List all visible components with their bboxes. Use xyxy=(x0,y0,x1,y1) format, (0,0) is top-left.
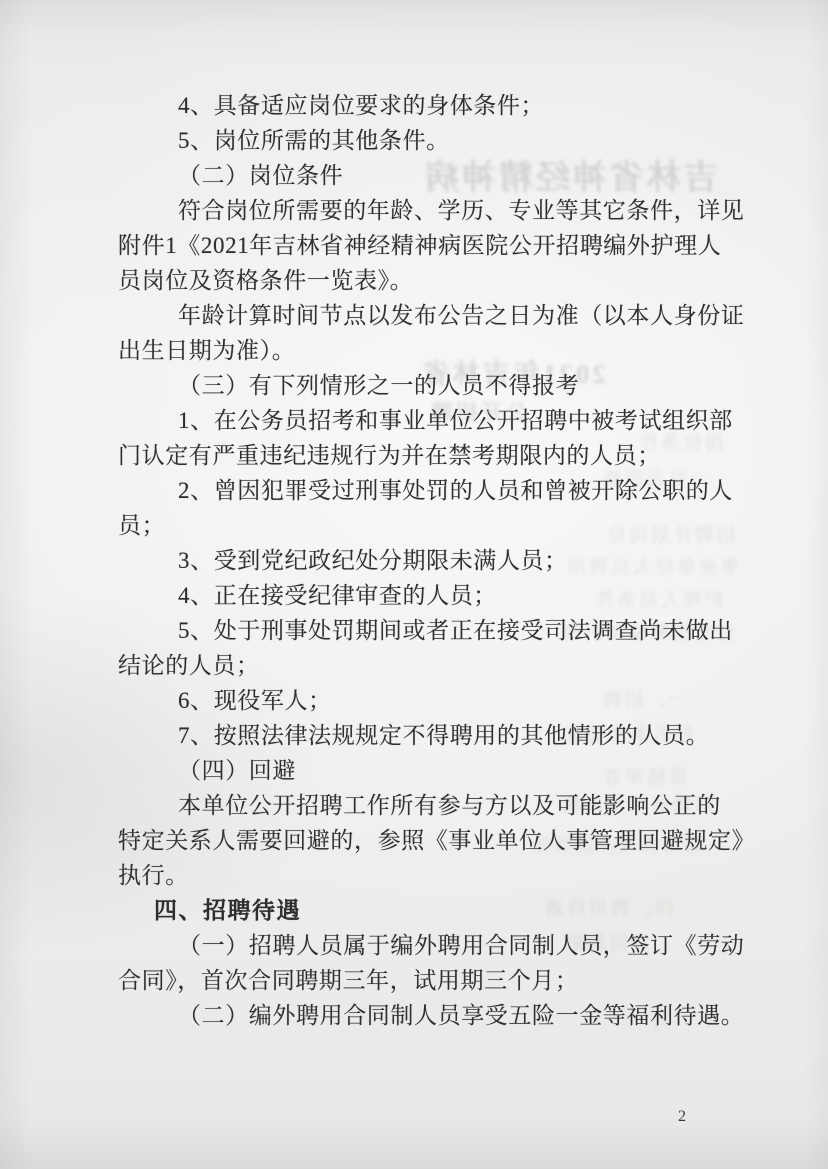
text-line: 特定关系人需要回避的，参照《事业单位人事管理回避规定》 xyxy=(118,823,722,858)
text-line: 本单位公开招聘工作所有参与方以及可能影响公正的 xyxy=(118,788,722,823)
text-line: （二）编外聘用合同制人员享受五险一金等福利待遇。 xyxy=(118,998,722,1033)
text-line: 7、按照法律法规规定不得聘用的其他情形的人员。 xyxy=(118,718,722,753)
text-line: 员岗位及资格条件一览表》。 xyxy=(118,263,722,298)
text-line: 6、现役军人； xyxy=(118,683,722,718)
text-line: 四、招聘待遇 xyxy=(118,893,722,928)
page-number: 2 xyxy=(678,1108,686,1126)
text-line: （四）回避 xyxy=(118,753,722,788)
text-line: 1、在公务员招考和事业单位公开招聘中被考试组织部 xyxy=(118,403,722,438)
text-line: 符合岗位所需要的年龄、学历、专业等其它条件，详见 xyxy=(118,193,722,228)
text-line: 2、曾因犯罪受过刑事处罚的人员和曾被开除公职的人 xyxy=(118,473,722,508)
text-line: （二）岗位条件 xyxy=(118,158,722,193)
text-line: 结论的人员； xyxy=(118,648,722,683)
text-line: 附件1《2021年吉林省神经精神病医院公开招聘编外护理人 xyxy=(118,228,722,263)
text-line: （三）有下列情形之一的人员不得报考 xyxy=(118,368,722,403)
text-line: 出生日期为准）。 xyxy=(118,333,722,368)
text-line: 年龄计算时间节点以发布公告之日为准（以本人身份证 xyxy=(118,298,722,333)
text-line: 4、具备适应岗位要求的身体条件； xyxy=(118,88,722,123)
text-line: 5、岗位所需的其他条件。 xyxy=(118,123,722,158)
text-line: 合同》，首次合同聘期三年，试用期三个月； xyxy=(118,963,722,998)
text-line: 3、受到党纪政纪处分期限未满人员； xyxy=(118,543,722,578)
document-page: 吉林省神经精神病2021年吉林省公开招聘岗位条件一览表资格招聘计划岗位事业单位人… xyxy=(0,0,828,1169)
text-line: （一）招聘人员属于编外聘用合同制人员，签订《劳动 xyxy=(118,928,722,963)
text-line: 门认定有严重违纪违规行为并在禁考期限内的人员； xyxy=(118,438,722,473)
document-text: 4、具备适应岗位要求的身体条件；5、岗位所需的其他条件。（二）岗位条件符合岗位所… xyxy=(118,88,722,1033)
text-line: 员； xyxy=(118,508,722,543)
text-line: 4、正在接受纪律审查的人员； xyxy=(118,578,722,613)
text-line: 5、处于刑事处罚期间或者正在接受司法调查尚未做出 xyxy=(118,613,722,648)
text-line: 执行。 xyxy=(118,858,722,893)
